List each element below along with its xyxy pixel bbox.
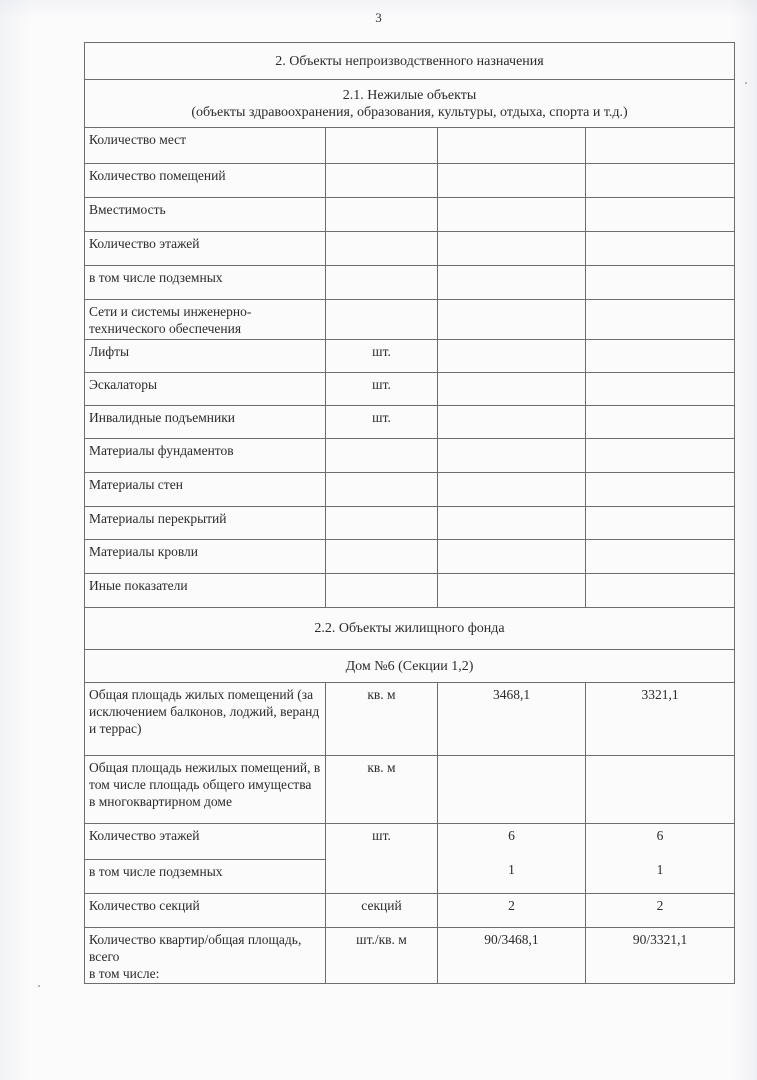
row-unit [326, 300, 438, 340]
section-header-row: 2. Объекты непроизводственного назначени… [85, 43, 735, 80]
row-value-2: 3321,1 [586, 683, 735, 756]
floors-value-1: 6 [442, 827, 581, 844]
row-label: Иные показатели [85, 574, 326, 608]
row-value-1 [438, 574, 586, 608]
table-row: Количество секций секций 2 2 [85, 894, 735, 928]
row-value-2: 2 [586, 894, 735, 928]
row-value-1 [438, 266, 586, 300]
row-value-1 [438, 406, 586, 439]
row-value-1 [438, 198, 586, 232]
row-label: Сети и системы инженерно-технического об… [85, 300, 326, 340]
row-value-2 [586, 507, 735, 540]
floors-value-2: 6 [590, 827, 730, 844]
row-value-1 [438, 164, 586, 198]
scan-speck [745, 82, 747, 84]
row-value-2 [586, 300, 735, 340]
row-value-2 [586, 373, 735, 406]
subsection-2-1-subtitle: (объекты здравоохранения, образования, к… [89, 104, 730, 121]
row-label: Количество секций [85, 894, 326, 928]
row-unit [326, 198, 438, 232]
row-value-2 [586, 756, 735, 824]
row-value-1 [438, 128, 586, 164]
row-value-1 [438, 300, 586, 340]
row-unit: кв. м [326, 756, 438, 824]
row-label: Вместимость [85, 198, 326, 232]
row-value-2 [586, 198, 735, 232]
row-label: Общая площадь жилых помещений (за исключ… [85, 683, 326, 756]
row-label: Количество этажей [85, 824, 326, 860]
table-row: Количество мест [85, 128, 735, 164]
table-row: Эскалаторы шт. [85, 373, 735, 406]
table-row: Материалы фундаментов [85, 439, 735, 473]
row-value-1: 2 [438, 894, 586, 928]
row-label: Количество мест [85, 128, 326, 164]
row-label: Материалы кровли [85, 540, 326, 574]
row-value-1 [438, 373, 586, 406]
row-label: в том числе подземных [85, 266, 326, 300]
scan-speck [38, 985, 40, 987]
row-unit: шт./кв. м [326, 928, 438, 984]
table-row: Лифты шт. [85, 340, 735, 373]
section-2-title: 2. Объекты непроизводственного назначени… [85, 43, 735, 80]
row-unit [326, 507, 438, 540]
row-value-1: 3468,1 [438, 683, 586, 756]
subsection-2-2-title: 2.2. Объекты жилищного фонда [85, 608, 735, 650]
row-unit: секций [326, 894, 438, 928]
row-value-2 [586, 128, 735, 164]
table-row: Материалы кровли [85, 540, 735, 574]
row-label: Материалы фундаментов [85, 439, 326, 473]
subsection-2-1-header: 2.1. Нежилые объекты (объекты здравоохра… [85, 80, 735, 128]
row-value-2 [586, 406, 735, 439]
row-unit [326, 128, 438, 164]
row-value-1 [438, 756, 586, 824]
floors-values-1: 6 1 [438, 824, 586, 894]
row-value-2 [586, 232, 735, 266]
table-row: Количество этажей шт. 6 1 6 1 [85, 824, 735, 860]
underground-value-1: 1 [442, 861, 581, 878]
building-header-row: Дом №6 (Секции 1,2) [85, 650, 735, 683]
row-value-2: 90/3321,1 [586, 928, 735, 984]
row-unit [326, 232, 438, 266]
row-value-1 [438, 473, 586, 507]
row-label: Материалы перекрытий [85, 507, 326, 540]
row-unit: кв. м [326, 683, 438, 756]
row-value-1: 90/3468,1 [438, 928, 586, 984]
row-unit: шт. [326, 406, 438, 439]
table-row: Количество этажей [85, 232, 735, 266]
row-label: Общая площадь нежилых помещений, в том ч… [85, 756, 326, 824]
floors-values-2: 6 1 [586, 824, 735, 894]
row-unit [326, 164, 438, 198]
row-label: Количество этажей [85, 232, 326, 266]
table-row: Материалы перекрытий [85, 507, 735, 540]
row-label: Количество помещений [85, 164, 326, 198]
table-row: Материалы стен [85, 473, 735, 507]
table-row: в том числе подземных [85, 266, 735, 300]
table-row: Общая площадь нежилых помещений, в том ч… [85, 756, 735, 824]
row-unit [326, 439, 438, 473]
row-label: в том числе подземных [85, 860, 326, 894]
page-number: 3 [0, 10, 757, 26]
underground-value-2: 1 [590, 861, 730, 878]
row-value-1 [438, 439, 586, 473]
row-value-2 [586, 439, 735, 473]
table-row: Иные показатели [85, 574, 735, 608]
row-value-1 [438, 540, 586, 574]
row-value-2 [586, 540, 735, 574]
row-value-1 [438, 232, 586, 266]
row-unit [326, 473, 438, 507]
row-label: Эскалаторы [85, 373, 326, 406]
row-unit [326, 266, 438, 300]
row-value-2 [586, 164, 735, 198]
object-characteristics-table: 2. Объекты непроизводственного назначени… [84, 42, 735, 984]
table-row: Количество помещений [85, 164, 735, 198]
apartments-label: Количество квартир/общая площадь, всего [89, 931, 321, 965]
row-value-2 [586, 340, 735, 373]
row-value-2 [586, 266, 735, 300]
subsection-2-1-title: 2.1. Нежилые объекты [89, 87, 730, 104]
row-label: Материалы стен [85, 473, 326, 507]
row-unit: шт. [326, 373, 438, 406]
row-unit [326, 574, 438, 608]
row-label: Количество квартир/общая площадь, всего … [85, 928, 326, 984]
subsection-header-row: 2.1. Нежилые объекты (объекты здравоохра… [85, 80, 735, 128]
row-value-1 [438, 507, 586, 540]
row-value-1 [438, 340, 586, 373]
table-row: Сети и системы инженерно-технического об… [85, 300, 735, 340]
row-value-2 [586, 473, 735, 507]
table-row: Вместимость [85, 198, 735, 232]
row-unit: шт. [326, 824, 438, 894]
row-unit [326, 540, 438, 574]
subsection-header-row: 2.2. Объекты жилищного фонда [85, 608, 735, 650]
table-row: Количество квартир/общая площадь, всего … [85, 928, 735, 984]
row-value-2 [586, 574, 735, 608]
row-label: Лифты [85, 340, 326, 373]
building-title: Дом №6 (Секции 1,2) [85, 650, 735, 683]
apartments-label-sub: в том числе: [89, 965, 321, 982]
table-row: Общая площадь жилых помещений (за исключ… [85, 683, 735, 756]
table-row: Инвалидные подъемники шт. [85, 406, 735, 439]
row-label: Инвалидные подъемники [85, 406, 326, 439]
row-unit: шт. [326, 340, 438, 373]
